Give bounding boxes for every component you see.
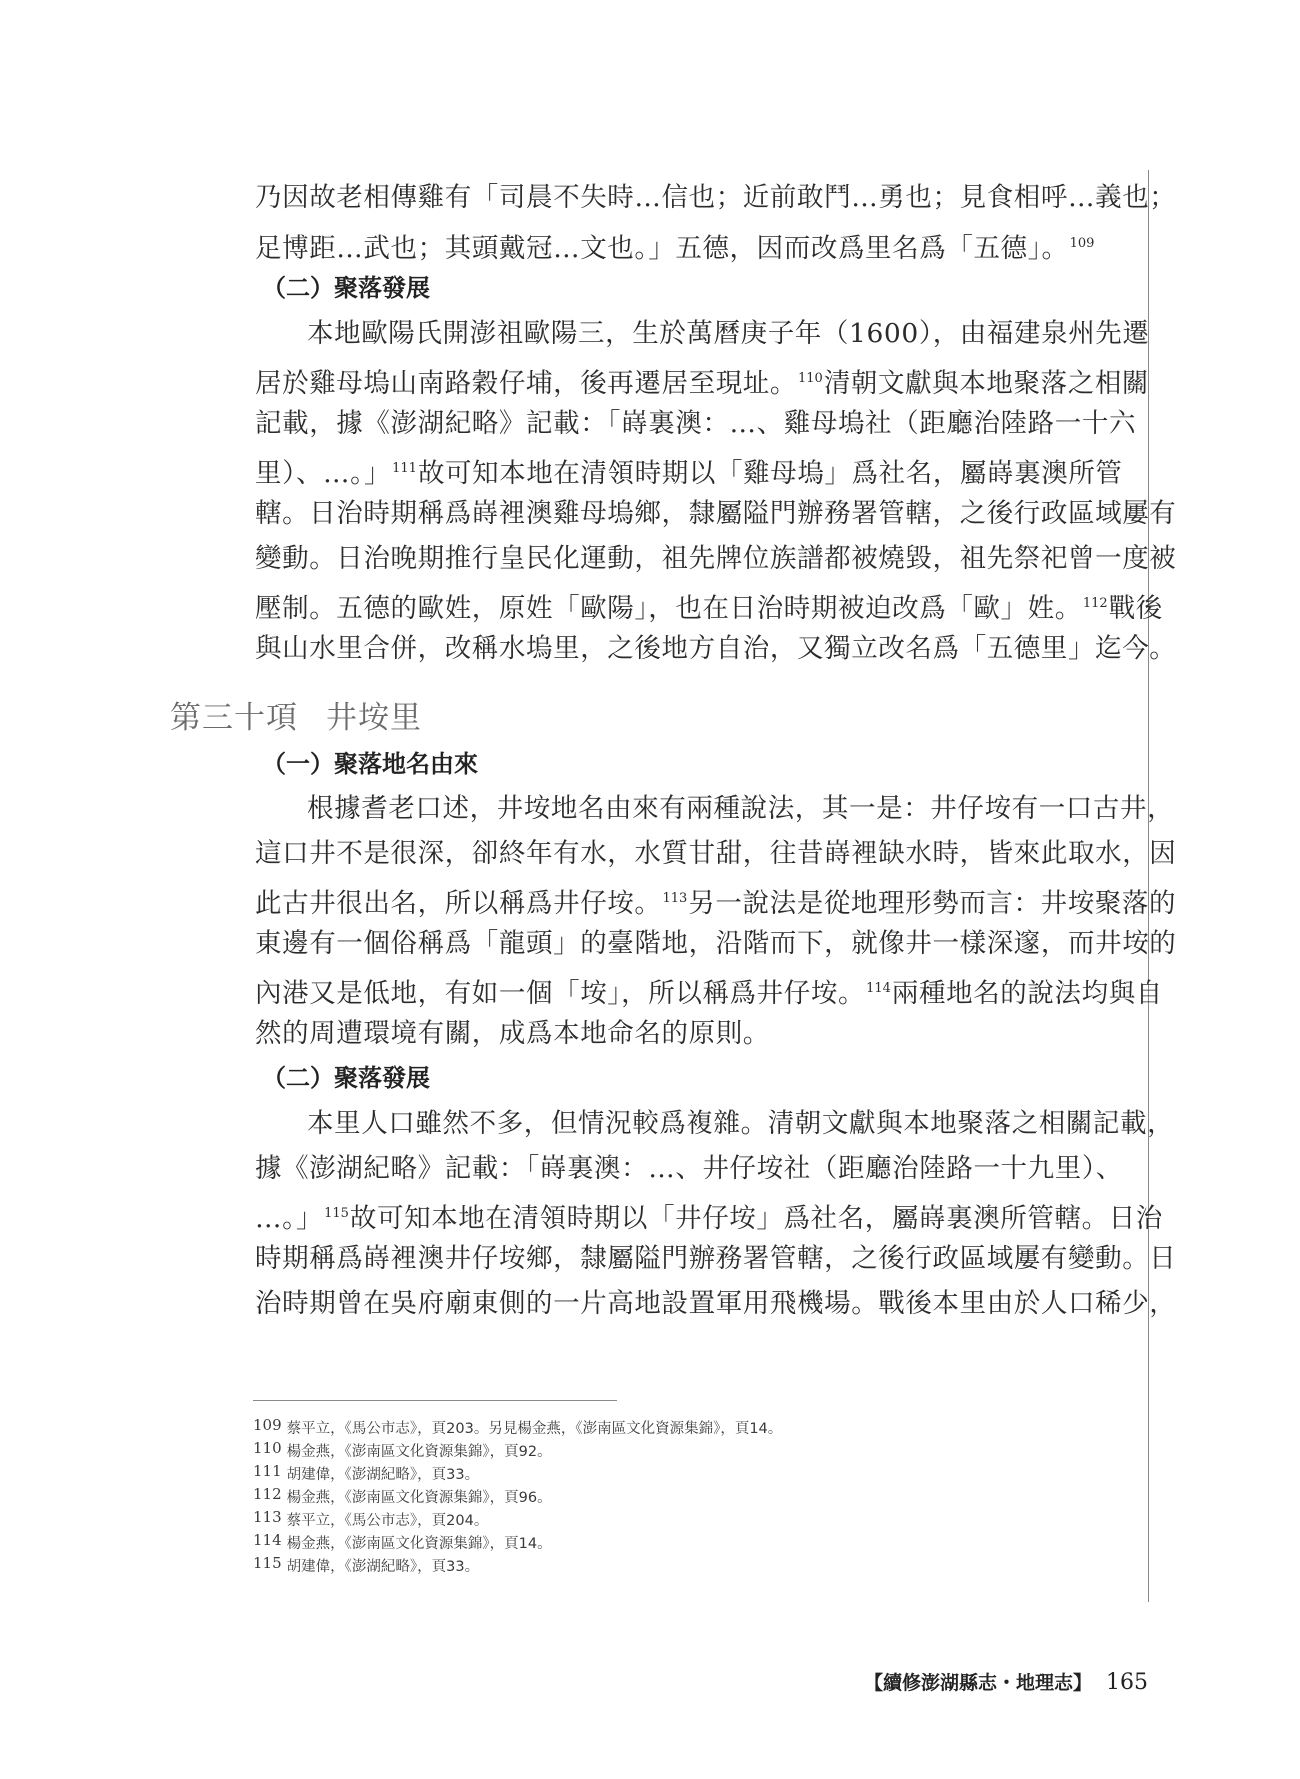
body-line: 里）、…。」111故可知本地在清領時期以「雞母塢」爲社名，屬嵵裏澳所管 xyxy=(255,453,1135,490)
footnote-ref[interactable]: 109 xyxy=(1070,236,1095,251)
body-line: 然的周遭環境有關，成爲本地命名的原則。 xyxy=(255,1018,1135,1050)
body-line: 本地歐陽氏開澎祖歐陽三，生於萬曆庚子年（1600），由福建泉州先遷 xyxy=(307,318,1187,350)
body-line: …。」115故可知本地在清領時期以「井仔垵」爲社名，屬嵵裏澳所管轄。日治 xyxy=(255,1198,1135,1235)
body-line: 本里人口雖然不多，但情況較爲複雜。清朝文獻與本地聚落之相關記載， xyxy=(307,1108,1187,1140)
footnote: 112楊金燕，《澎南區文化資源集錦》，頁96。 xyxy=(253,1484,552,1508)
footnote: 109蔡平立，《馬公市志》，頁203。另見楊金燕，《澎南區文化資源集錦》，頁14… xyxy=(253,1415,782,1439)
body-line: 與山水里合併，改稱水塢里，之後地方自治，又獨立改名爲「五德里」迄今。 xyxy=(255,633,1135,665)
book-title: 【續修澎湖縣志・地理志】 xyxy=(864,1672,1092,1694)
footnote-ref[interactable]: 114 xyxy=(866,981,891,996)
body-line: 治時期曾在吳府廟東側的一片高地設置軍用飛機場。戰後本里由於人口稀少， xyxy=(255,1288,1135,1320)
footnote-ref[interactable]: 111 xyxy=(392,461,417,476)
body-line: 壓制。五德的歐姓，原姓「歐陽」，也在日治時期被迫改爲「歐」姓。112戰後 xyxy=(255,588,1135,625)
footnote-ref[interactable]: 112 xyxy=(1083,596,1108,611)
body-line: 東邊有一個俗稱爲「龍頭」的臺階地，沿階而下，就像井一樣深邃，而井垵的 xyxy=(255,928,1135,960)
body-line: 居於雞母塢山南路穀仔埔，後再遷居至現址。110清朝文獻與本地聚落之相關 xyxy=(255,363,1135,400)
body-line: 此古井很出名，所以稱爲井仔垵。113另一說法是從地理形勢而言：井垵聚落的 xyxy=(255,883,1135,920)
footnote: 114楊金燕，《澎南區文化資源集錦》，頁14。 xyxy=(253,1530,552,1554)
body-line: 記載，據《澎湖紀略》記載：「嵵裏澳：…、雞母塢社（距廳治陸路一十六 xyxy=(255,408,1135,440)
subsection-heading: （二）聚落發展 xyxy=(262,272,430,304)
page-number: 165 xyxy=(1106,1670,1148,1695)
body-line: 乃因故老相傳雞有「司晨不失時…信也；近前敢鬥…勇也；見食相呼…義也； xyxy=(255,182,1135,214)
subsection-heading: （一）聚落地名由來 xyxy=(262,748,478,780)
section-number: 第三十項 xyxy=(170,700,298,736)
footnote: 110楊金燕，《澎南區文化資源集錦》，頁92。 xyxy=(253,1438,552,1462)
footnote-ref[interactable]: 110 xyxy=(798,371,823,386)
body-line: 內港又是低地，有如一個「垵」，所以稱爲井仔垵。114兩種地名的說法均與自 xyxy=(255,973,1135,1010)
page-footer: 【續修澎湖縣志・地理志】165 xyxy=(864,1668,1148,1695)
body-line: 變動。日治晚期推行皇民化運動，祖先牌位族譜都被燒毀，祖先祭祀曾一度被 xyxy=(255,543,1135,575)
footnote-ref[interactable]: 113 xyxy=(663,891,688,906)
body-line: 這口井不是很深，卻終年有水，水質甘甜，往昔嵵裡缺水時，皆來此取水，因 xyxy=(255,838,1135,870)
footnote-separator xyxy=(253,1400,617,1401)
body-line: 轄。日治時期稱爲嵵裡澳雞母塢鄉，隸屬隘門辦務署管轄，之後行政區域屢有 xyxy=(255,498,1135,530)
body-line: 根據耆老口述，井垵地名由來有兩種說法，其一是：井仔垵有一口古井， xyxy=(307,793,1187,825)
section-name: 井垵里 xyxy=(326,700,422,736)
body-line: 據《澎湖紀略》記載：「嵵裏澳：…、井仔垵社（距廳治陸路一十九里）、 xyxy=(255,1153,1135,1185)
section-heading: 第三十項井垵里 xyxy=(170,692,422,737)
body-line: 足博距…武也；其頭戴冠…文也。」五德，因而改爲里名爲「五德」。109 xyxy=(255,228,1135,265)
footnote-ref[interactable]: 115 xyxy=(324,1206,349,1221)
subsection-heading: （二）聚落發展 xyxy=(262,1062,430,1094)
footnote: 115胡建偉，《澎湖紀略》，頁33。 xyxy=(253,1553,479,1577)
footnote: 111胡建偉，《澎湖紀略》，頁33。 xyxy=(253,1461,479,1485)
body-line: 時期稱爲嵵裡澳井仔垵鄉，隸屬隘門辦務署管轄，之後行政區域屢有變動。日 xyxy=(255,1243,1135,1275)
footnote: 113蔡平立，《馬公市志》，頁204。 xyxy=(253,1507,488,1531)
